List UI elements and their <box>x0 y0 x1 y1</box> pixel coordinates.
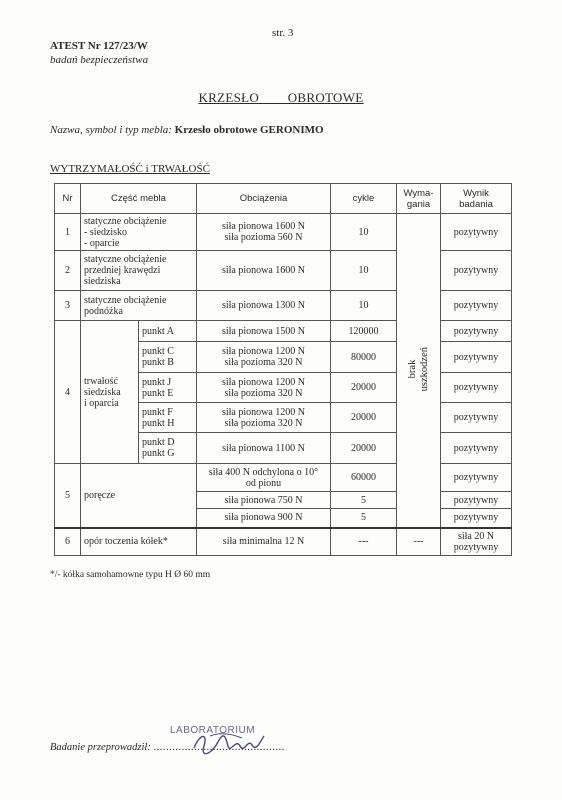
cell-result: pozytywny <box>441 291 512 321</box>
section-title: WYTRZYMAŁOŚĆ i TRWAŁOŚĆ <box>50 163 210 175</box>
cell-load: siła pionowa 1200 N siła pozioma 320 N <box>197 403 331 433</box>
cell-part: statyczne obciążenie - siedzisko - oparc… <box>81 214 197 251</box>
cell-result: pozytywny <box>441 214 512 251</box>
cell-cycles: 10 <box>331 214 397 251</box>
cell-nr: 6 <box>55 528 81 556</box>
header-nr: Nr <box>55 184 81 214</box>
cell-nr: 5 <box>55 464 81 528</box>
signature-dots: ........................................… <box>153 742 284 753</box>
cell-load: siła pionowa 1500 N <box>197 321 331 342</box>
cell-nr: 3 <box>55 291 81 321</box>
header-load: Obciążenia <box>197 184 331 214</box>
cell-cycles: 60000 <box>331 464 397 492</box>
cell-point: punkt D punkt G <box>139 433 197 464</box>
signature-line: Badanie przeprowadził: .................… <box>50 742 285 753</box>
cell-part: poręcze <box>81 464 197 528</box>
cell-load: siła pionowa 750 N <box>197 492 331 509</box>
atest-subtitle: badań bezpieczeństwa <box>50 54 148 66</box>
cell-load: siła pionowa 1600 N <box>197 251 331 291</box>
table-row: 5poręczesiła 400 N odchylona o 10° od pi… <box>55 464 512 492</box>
cell-part: trwałość siedziska i oparcia <box>81 321 139 464</box>
table-header-row: Nr Część mebla Obciążenia cykle Wyma- ga… <box>55 184 512 214</box>
header-cycles: cykle <box>331 184 397 214</box>
cell-cycles: 120000 <box>331 321 397 342</box>
table-row: 6opór toczenia kółek*siła minimalna 12 N… <box>55 528 512 556</box>
cell-point: punkt F punkt H <box>139 403 197 433</box>
cell-part: statyczne obciążenie podnóżka <box>81 291 197 321</box>
cell-point: punkt C punkt B <box>139 342 197 373</box>
cell-cycles: 10 <box>331 251 397 291</box>
cell-requirements: --- <box>397 528 441 556</box>
cell-result: pozytywny <box>441 509 512 528</box>
furniture-name-label: Nazwa, symbol i typ mebla: <box>50 124 172 136</box>
cell-result: pozytywny <box>441 492 512 509</box>
cell-nr: 4 <box>55 321 81 464</box>
signature-label: Badanie przeprowadził: <box>50 742 151 753</box>
cell-cycles: 80000 <box>331 342 397 373</box>
cell-cycles: 20000 <box>331 433 397 464</box>
cell-nr: 1 <box>55 214 81 251</box>
cell-result: pozytywny <box>441 433 512 464</box>
cell-requirements: brak uszkodzeń <box>397 214 441 528</box>
document-title: KRZESŁO OBROTOWE <box>0 90 562 106</box>
cell-point: punkt A <box>139 321 197 342</box>
cell-load: siła pionowa 1600 N siła pozioma 560 N <box>197 214 331 251</box>
cell-cycles: 20000 <box>331 373 397 403</box>
table-row: 4trwałość siedziska i oparciapunkt Asiła… <box>55 321 512 342</box>
cell-result: pozytywny <box>441 321 512 342</box>
cell-point: punkt J punkt E <box>139 373 197 403</box>
document-title-text: KRZESŁO OBROTOWE <box>198 90 363 105</box>
cell-result: pozytywny <box>441 464 512 492</box>
atest-number: ATEST Nr 127/23/W <box>50 40 148 52</box>
furniture-name-value: Krzesło obrotowe GERONIMO <box>175 124 324 136</box>
cell-result: pozytywny <box>441 373 512 403</box>
cell-load: siła pionowa 1300 N <box>197 291 331 321</box>
header-part: Część mebla <box>81 184 197 214</box>
results-table: Nr Część mebla Obciążenia cykle Wyma- ga… <box>54 183 512 556</box>
cell-cycles: 5 <box>331 492 397 509</box>
header-result: Wynik badania <box>441 184 512 214</box>
cell-cycles: 5 <box>331 509 397 528</box>
cell-load: siła pionowa 900 N <box>197 509 331 528</box>
table-row: 3statyczne obciążenie podnóżkasiła piono… <box>55 291 512 321</box>
cell-result: pozytywny <box>441 403 512 433</box>
footnote: */- kółka samohamowne typu H Ø 60 mm <box>50 570 210 580</box>
cell-result: pozytywny <box>441 251 512 291</box>
cell-result: siła 20 N pozytywny <box>441 528 512 556</box>
cell-cycles: 20000 <box>331 403 397 433</box>
cell-load: siła pionowa 1100 N <box>197 433 331 464</box>
furniture-name: Nazwa, symbol i typ mebla: Krzesło obrot… <box>50 124 324 136</box>
header-requirements: Wyma- gania <box>397 184 441 214</box>
cell-result: pozytywny <box>441 342 512 373</box>
table-row: 2statyczne obciążenie przedniej krawędzi… <box>55 251 512 291</box>
requirements-text: brak uszkodzeń <box>407 347 431 391</box>
cell-nr: 2 <box>55 251 81 291</box>
cell-load: siła pionowa 1200 N siła pozioma 320 N <box>197 342 331 373</box>
table-row: 1statyczne obciążenie - siedzisko - opar… <box>55 214 512 251</box>
cell-cycles: --- <box>331 528 397 556</box>
page-number: str. 3 <box>272 27 293 39</box>
cell-part: statyczne obciążenie przedniej krawędzi … <box>81 251 197 291</box>
cell-load: siła pionowa 1200 N siła pozioma 320 N <box>197 373 331 403</box>
cell-load: siła 400 N odchylona o 10° od pionu <box>197 464 331 492</box>
cell-load: siła minimalna 12 N <box>197 528 331 556</box>
cell-cycles: 10 <box>331 291 397 321</box>
cell-part: opór toczenia kółek* <box>81 528 197 556</box>
